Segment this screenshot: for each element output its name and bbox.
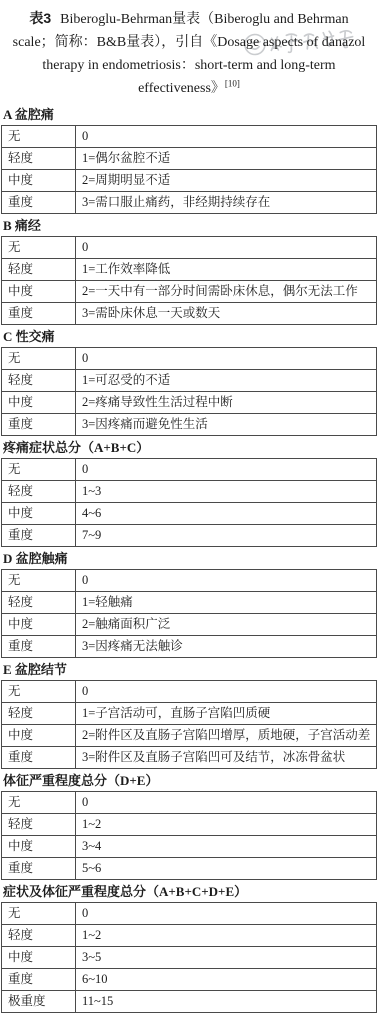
- table-row: 中度2=触痛面积广泛: [2, 614, 377, 636]
- score-description-cell: 5~6: [76, 858, 377, 880]
- score-description-cell: 2=触痛面积广泛: [76, 614, 377, 636]
- score-description-cell: 3~4: [76, 836, 377, 858]
- section-header: B 痛经: [1, 214, 377, 236]
- score-description-cell: 1~3: [76, 481, 377, 503]
- score-description-cell: 2=周期明显不适: [76, 170, 377, 192]
- caption-line-3: therapy in endometriosis：short-term and …: [8, 54, 370, 77]
- table-row: 中度3~4: [2, 836, 377, 858]
- table-row: 无0: [2, 237, 377, 259]
- section-header: D 盆腔触痛: [1, 547, 377, 569]
- score-description-cell: 3=因疼痛无法触诊: [76, 636, 377, 658]
- score-description-cell: 6~10: [76, 969, 377, 991]
- score-description-cell: 1~2: [76, 814, 377, 836]
- grade-table: 无0轻度1=偶尔盆腔不适中度2=周期明显不适重度3=需口服止痛药，非经期持续存在: [1, 125, 377, 214]
- caption-line-4: effectiveness》[10]: [8, 77, 370, 100]
- score-description-cell: 4~6: [76, 503, 377, 525]
- reference-superscript: [10]: [225, 78, 240, 88]
- score-description-cell: 3=需卧床休息一天或数天: [76, 303, 377, 325]
- grade-cell: 轻度: [2, 148, 76, 170]
- section-header: 疼痛症状总分（A+B+C）: [1, 436, 377, 458]
- grade-cell: 重度: [2, 303, 76, 325]
- table-row: 中度2=一天中有一部分时间需卧床休息，偶尔无法工作: [2, 281, 377, 303]
- table-row: 无0: [2, 903, 377, 925]
- table-row: 轻度1=轻触痛: [2, 592, 377, 614]
- table-row: 重度5~6: [2, 858, 377, 880]
- grade-cell: 无: [2, 459, 76, 481]
- grade-table: 无0轻度1=轻触痛中度2=触痛面积广泛重度3=因疼痛无法触诊: [1, 569, 377, 658]
- table-row: 重度3=因疼痛无法触诊: [2, 636, 377, 658]
- grade-cell: 重度: [2, 747, 76, 769]
- section-header: 体征严重程度总分（D+E）: [1, 769, 377, 791]
- grade-cell: 无: [2, 348, 76, 370]
- grade-cell: 无: [2, 237, 76, 259]
- grade-cell: 轻度: [2, 481, 76, 503]
- score-description-cell: 1=偶尔盆腔不适: [76, 148, 377, 170]
- grade-table: 无0轻度1~2中度3~4重度5~6: [1, 791, 377, 880]
- score-description-cell: 1~2: [76, 925, 377, 947]
- grade-cell: 重度: [2, 414, 76, 436]
- grade-cell: 轻度: [2, 259, 76, 281]
- grade-cell: 重度: [2, 858, 76, 880]
- grade-table: 无0轻度1=可忍受的不适中度2=疼痛导致性生活过程中断重度3=因疼痛而避免性生活: [1, 347, 377, 436]
- table-row: 重度3=需卧床休息一天或数天: [2, 303, 377, 325]
- grade-cell: 轻度: [2, 925, 76, 947]
- score-description-cell: 1=子宫活动可，直肠子宫陷凹质硬: [76, 703, 377, 725]
- grade-cell: 轻度: [2, 370, 76, 392]
- section-header: C 性交痛: [1, 325, 377, 347]
- grade-cell: 中度: [2, 281, 76, 303]
- table-row: 重度3=附件区及直肠子宫陷凹可及结节，冰冻骨盆状: [2, 747, 377, 769]
- grade-cell: 轻度: [2, 592, 76, 614]
- caption-line-2: scale；简称：B&B量表），引自《Dosage aspects of dan…: [8, 31, 370, 54]
- score-description-cell: 1=工作效率降低: [76, 259, 377, 281]
- score-description-cell: 0: [76, 570, 377, 592]
- table-row: 中度2=附件区及直肠子宫陷凹增厚，质地硬，子宫活动差: [2, 725, 377, 747]
- table-row: 轻度1=工作效率降低: [2, 259, 377, 281]
- table-row: 无0: [2, 570, 377, 592]
- grade-cell: 中度: [2, 170, 76, 192]
- score-description-cell: 7~9: [76, 525, 377, 547]
- table-row: 无0: [2, 681, 377, 703]
- section-header: E 盆腔结节: [1, 658, 377, 680]
- score-description-cell: 2=疼痛导致性生活过程中断: [76, 392, 377, 414]
- table-number-label: 表3: [29, 10, 51, 26]
- score-description-cell: 3~5: [76, 947, 377, 969]
- section-header: A 盆腔痛: [1, 103, 377, 125]
- grade-table: 无0轻度1~3中度4~6重度7~9: [1, 458, 377, 547]
- score-description-cell: 11~15: [76, 991, 377, 1013]
- table-row: 无0: [2, 792, 377, 814]
- table-row: 中度4~6: [2, 503, 377, 525]
- grade-cell: 无: [2, 681, 76, 703]
- score-description-cell: 0: [76, 459, 377, 481]
- grade-cell: 轻度: [2, 703, 76, 725]
- table-row: 中度2=疼痛导致性生活过程中断: [2, 392, 377, 414]
- score-description-cell: 0: [76, 126, 377, 148]
- table-row: 中度3~5: [2, 947, 377, 969]
- table-row: 轻度1~2: [2, 814, 377, 836]
- grade-cell: 无: [2, 792, 76, 814]
- score-description-cell: 3=因疼痛而避免性生活: [76, 414, 377, 436]
- grade-table: 无0轻度1=工作效率降低中度2=一天中有一部分时间需卧床休息，偶尔无法工作重度3…: [1, 236, 377, 325]
- table-row: 轻度1=偶尔盆腔不适: [2, 148, 377, 170]
- table-row: 重度3=因疼痛而避免性生活: [2, 414, 377, 436]
- grade-cell: 中度: [2, 503, 76, 525]
- table-row: 轻度1~3: [2, 481, 377, 503]
- table-row: 轻度1=子宫活动可，直肠子宫陷凹质硬: [2, 703, 377, 725]
- sections: A 盆腔痛无0轻度1=偶尔盆腔不适中度2=周期明显不适重度3=需口服止痛药，非经…: [0, 103, 378, 1013]
- score-description-cell: 3=附件区及直肠子宫陷凹可及结节，冰冻骨盆状: [76, 747, 377, 769]
- table-row: 重度6~10: [2, 969, 377, 991]
- grade-cell: 极重度: [2, 991, 76, 1013]
- table-row: 极重度11~15: [2, 991, 377, 1013]
- table-row: 重度7~9: [2, 525, 377, 547]
- grade-cell: 重度: [2, 525, 76, 547]
- grade-cell: 中度: [2, 614, 76, 636]
- grade-cell: 中度: [2, 725, 76, 747]
- table-row: 轻度1~2: [2, 925, 377, 947]
- caption-line-1: 表3Biberoglu-Behrman量表（Biberoglu and Behr…: [8, 7, 370, 31]
- caption-line-1-text: Biberoglu-Behrman量表（Biberoglu and Behrma…: [60, 12, 349, 27]
- grade-cell: 轻度: [2, 814, 76, 836]
- score-description-cell: 1=可忍受的不适: [76, 370, 377, 392]
- table-row: 无0: [2, 348, 377, 370]
- score-description-cell: 0: [76, 792, 377, 814]
- grade-cell: 无: [2, 903, 76, 925]
- caption-line-4-text: effectiveness》: [138, 81, 225, 96]
- table-row: 无0: [2, 126, 377, 148]
- grade-table: 无0轻度1~2中度3~5重度6~10极重度11~15: [1, 902, 377, 1013]
- score-description-cell: 0: [76, 681, 377, 703]
- score-description-cell: 3=需口服止痛药，非经期持续存在: [76, 192, 377, 214]
- table-row: 无0: [2, 459, 377, 481]
- table-row: 中度2=周期明显不适: [2, 170, 377, 192]
- score-description-cell: 0: [76, 348, 377, 370]
- score-description-cell: 2=一天中有一部分时间需卧床休息，偶尔无法工作: [76, 281, 377, 303]
- table-caption: 表3Biberoglu-Behrman量表（Biberoglu and Behr…: [0, 0, 378, 103]
- grade-cell: 中度: [2, 836, 76, 858]
- section-header: 症状及体征严重程度总分（A+B+C+D+E）: [1, 880, 377, 902]
- grade-cell: 无: [2, 570, 76, 592]
- grade-cell: 重度: [2, 636, 76, 658]
- score-description-cell: 2=附件区及直肠子宫陷凹增厚，质地硬，子宫活动差: [76, 725, 377, 747]
- table-row: 重度3=需口服止痛药，非经期持续存在: [2, 192, 377, 214]
- score-description-cell: 0: [76, 903, 377, 925]
- score-description-cell: 0: [76, 237, 377, 259]
- grade-cell: 中度: [2, 947, 76, 969]
- grade-table: 无0轻度1=子宫活动可，直肠子宫陷凹质硬中度2=附件区及直肠子宫陷凹增厚，质地硬…: [1, 680, 377, 769]
- grade-cell: 重度: [2, 969, 76, 991]
- grade-cell: 重度: [2, 192, 76, 214]
- grade-cell: 无: [2, 126, 76, 148]
- grade-cell: 中度: [2, 392, 76, 414]
- table-row: 轻度1=可忍受的不适: [2, 370, 377, 392]
- score-description-cell: 1=轻触痛: [76, 592, 377, 614]
